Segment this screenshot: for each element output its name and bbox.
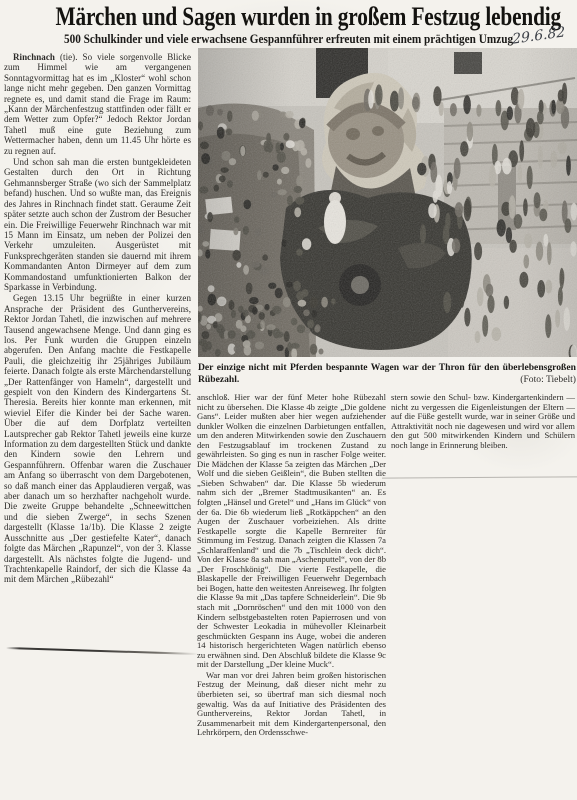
text-column-3: stern sowie den Schul- bzw. Kindergarten… [391, 393, 575, 451]
newspaper-clipping: Märchen und Sagen wurden in großem Festz… [0, 0, 577, 800]
text-column-2: anschloß. Hier war der fünf Meter hohe R… [197, 393, 386, 739]
dateline-source: (tie). [60, 52, 83, 62]
headline-text: Märchen und Sagen wurden in großem Festz… [55, 2, 561, 32]
paragraph-2: Und schon sah man die ersten buntgekleid… [4, 157, 191, 292]
scan-artifact-line [6, 647, 198, 655]
paragraph-4: anschloß. Hier war der fünf Meter hohe R… [197, 393, 386, 670]
dateline-location: Rinchnach [13, 52, 60, 62]
paragraph-1-text: So viele sorgenvolle Blicke zum Himmel w… [4, 52, 191, 156]
photo-credit: (Foto: Tiebelt) [520, 374, 576, 386]
paragraph-3: Gegen 13.15 Uhr begrüßte in einer kurzen… [4, 293, 191, 584]
headline: Märchen und Sagen wurden in großem Festz… [0, 2, 577, 32]
subheadline-text: 500 Schulkinder und viele erwachsene Ges… [64, 32, 513, 46]
photo-caption: Der einzige nicht mit Pferden bespannte … [198, 362, 576, 386]
paragraph-5: War man vor drei Jahren beim großen hist… [197, 671, 386, 738]
subheadline: 500 Schulkinder und viele erwachsene Ges… [0, 32, 577, 46]
photo-illustration [198, 48, 577, 357]
parade-photo [198, 48, 577, 357]
paragraph-6: stern sowie den Schul- bzw. Kindergarten… [391, 393, 575, 450]
photo-grain [198, 48, 577, 357]
text-column-1: Rinchnach (tie). So viele sorgenvolle Bl… [4, 52, 191, 586]
clipping-edge-line [382, 476, 577, 478]
paragraph-1: Rinchnach (tie). So viele sorgenvolle Bl… [4, 52, 191, 156]
